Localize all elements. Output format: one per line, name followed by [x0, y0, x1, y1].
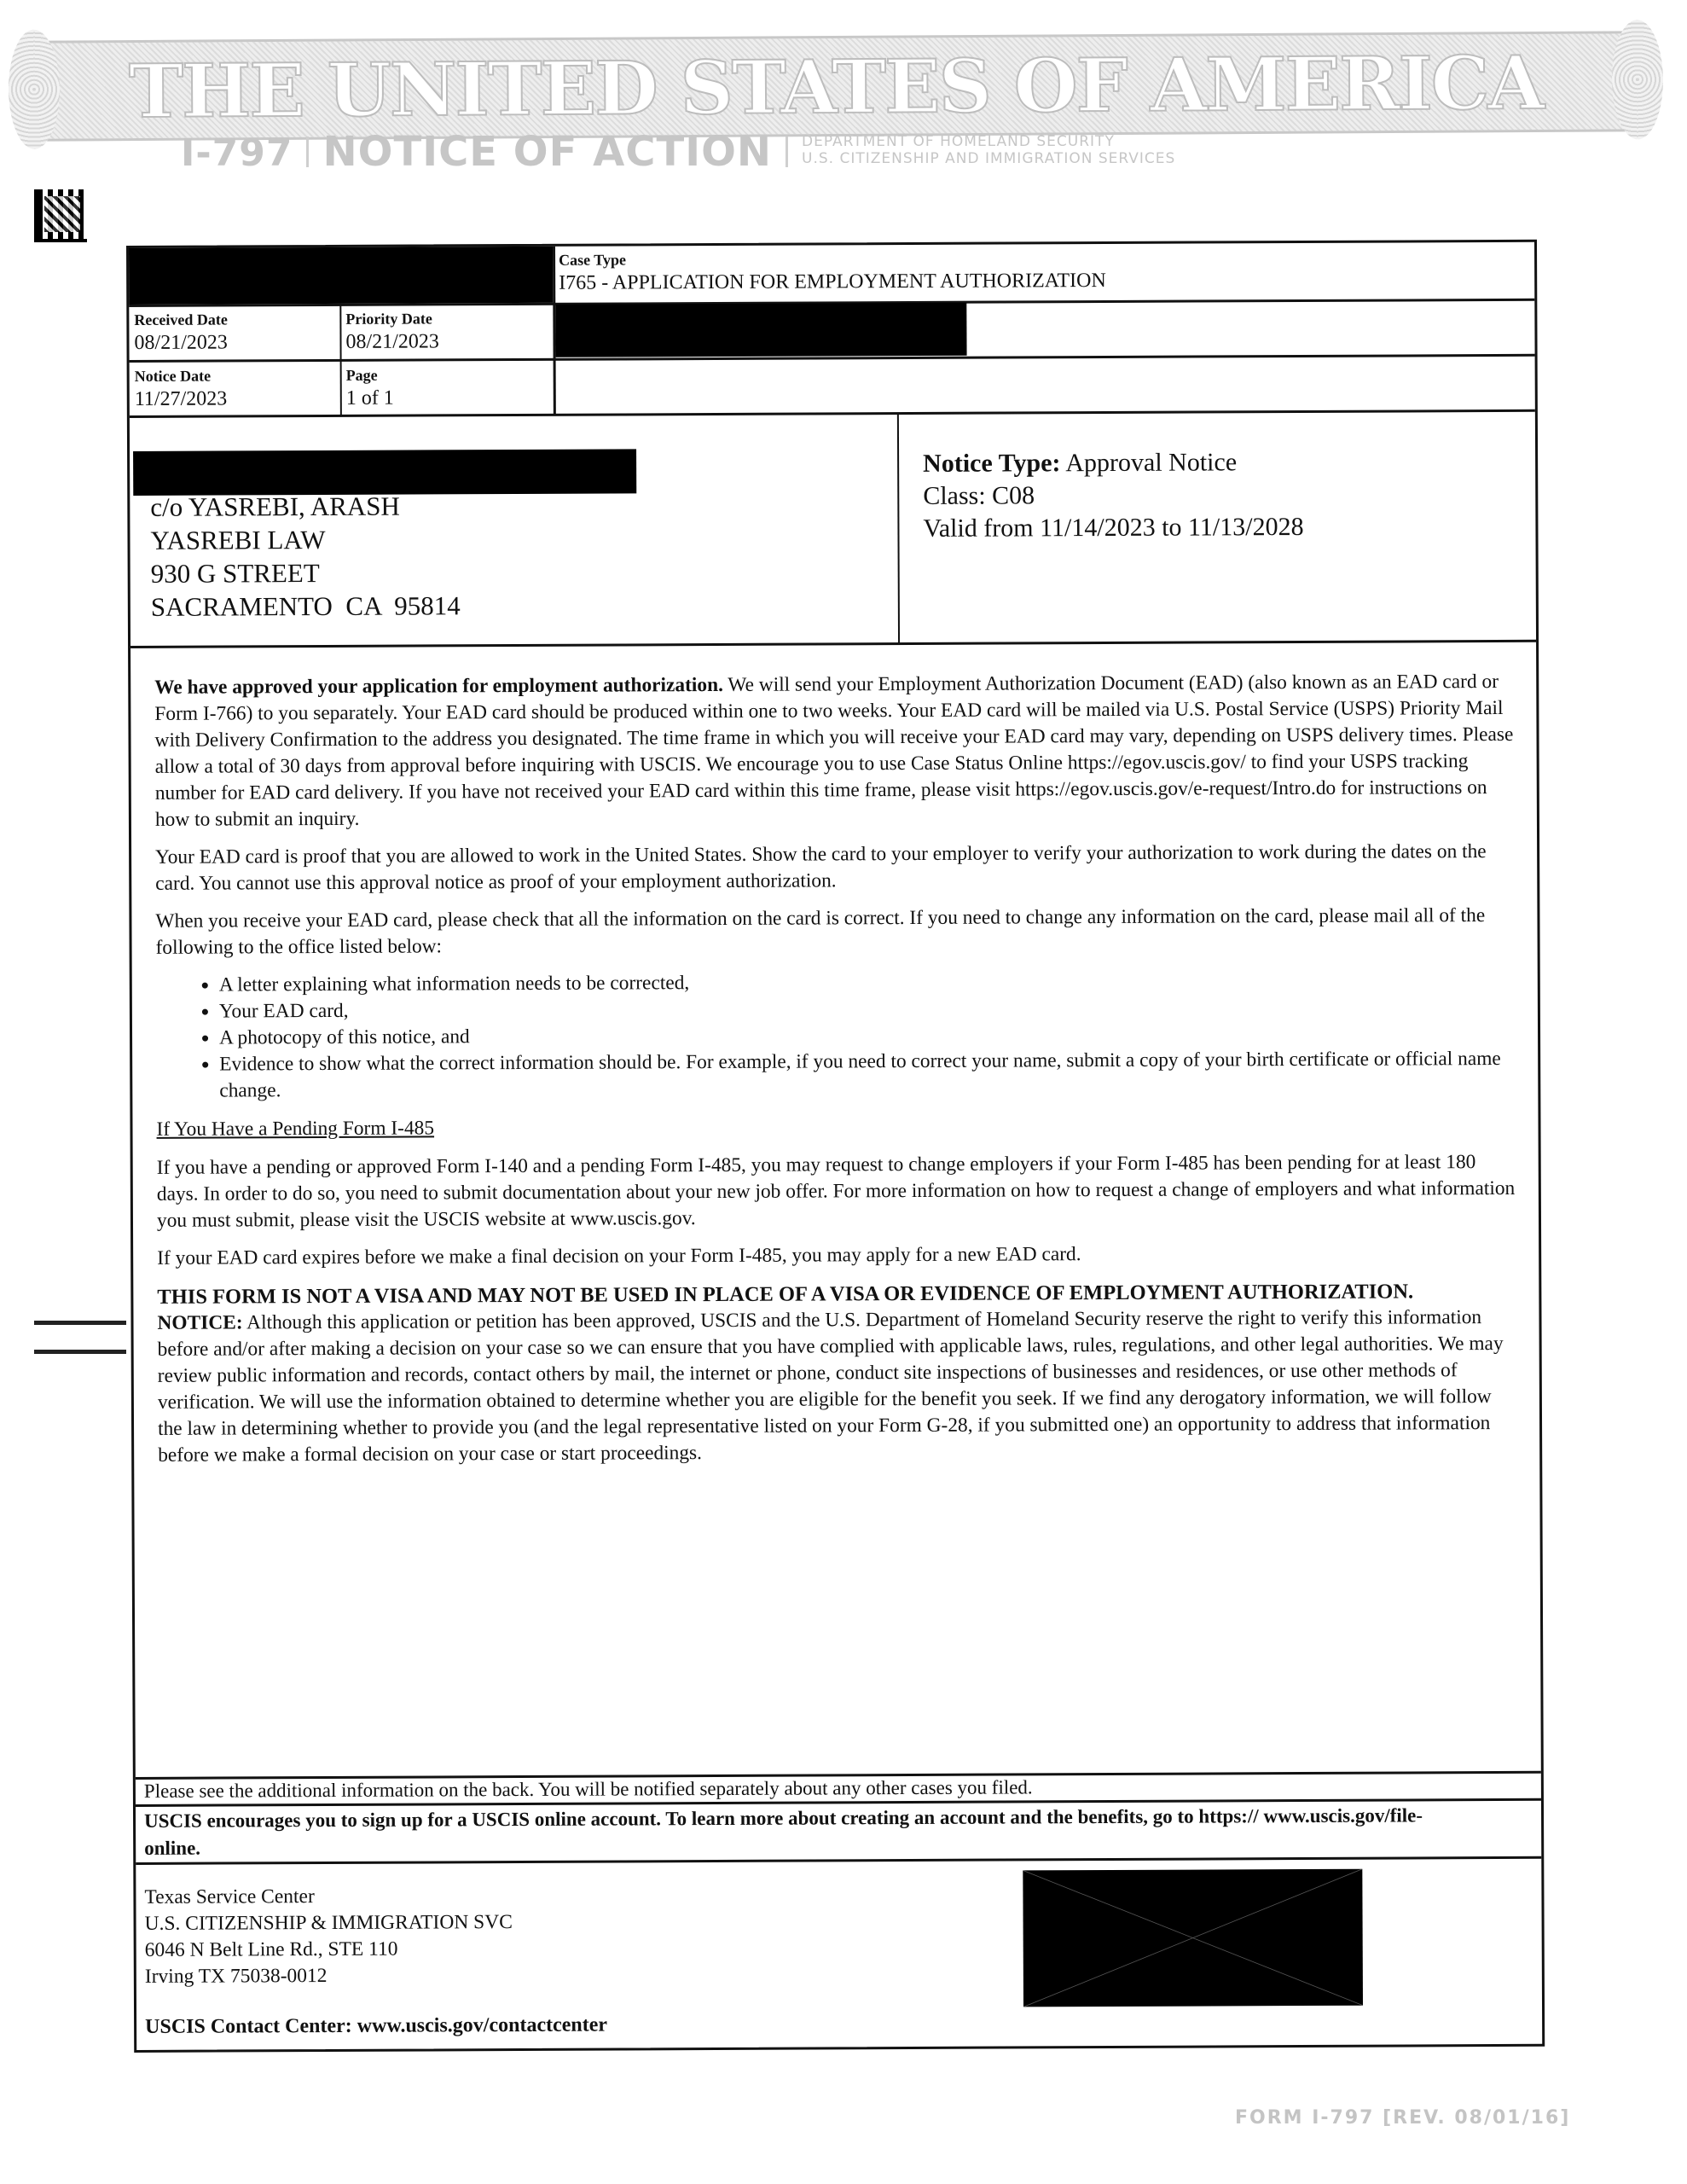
list-item: Evidence to show what the correct inform…	[219, 1046, 1519, 1105]
received-date-value: 08/21/2023	[134, 331, 227, 353]
additional-info: Please see the additional information on…	[144, 1776, 1033, 1803]
notice-form: Case Type I765 - APPLICATION FOR EMPLOYM…	[126, 240, 1545, 2053]
redacted-signature-icon	[1023, 1869, 1363, 2007]
office-line: 6046 N Belt Line Rd., STE 110	[145, 1936, 513, 1964]
datamatrix-barcode-icon	[34, 189, 87, 242]
service-center-address: Texas Service Center U.S. CITIZENSHIP & …	[144, 1883, 513, 1990]
address-line: SACRAMENTO CA 95814	[151, 589, 461, 624]
address-line: c/o YASREBI, ARASH	[150, 489, 460, 524]
notice-date-value: 11/27/2023	[135, 387, 228, 409]
case-type-label: Case Type	[559, 251, 626, 268]
contact-center: USCIS Contact Center: www.uscis.gov/cont…	[145, 2014, 607, 2039]
priority-date-value: 08/21/2023	[345, 330, 438, 352]
redacted-beneficiary	[555, 303, 966, 357]
page-value: 1 of 1	[346, 387, 394, 409]
paragraph-expiry: If your EAD card expires before we make …	[157, 1240, 1520, 1272]
form-title: I-797NOTICE OF ACTIONDEPARTMENT OF HOMEL…	[181, 128, 1175, 176]
form-name: NOTICE OF ACTION	[322, 128, 772, 176]
divider	[130, 640, 1536, 648]
department: DEPARTMENT OF HOMELAND SECURITYU.S. CITI…	[802, 133, 1175, 167]
divider	[897, 414, 900, 644]
header-banner: THE UNITED STATES OF AMERICA	[34, 31, 1638, 141]
online-account-notice: USCIS encourages you to sign up for a US…	[144, 1802, 1475, 1862]
divider	[306, 136, 309, 167]
divider	[786, 136, 788, 167]
case-type-value: I765 - APPLICATION FOR EMPLOYMENT AUTHOR…	[559, 270, 1106, 294]
address-line: 930 G STREET	[151, 555, 461, 590]
notice-summary: Notice Type: Approval Notice Class: C08 …	[923, 446, 1304, 545]
correction-list: A letter explaining what information nee…	[156, 967, 1520, 1105]
paragraph-i485: If you have a pending or approved Form I…	[157, 1149, 1520, 1234]
office-line: Texas Service Center	[144, 1883, 512, 1911]
notice-body: We have approved your application for em…	[154, 669, 1521, 1480]
form-number: I-797	[181, 131, 293, 175]
received-date-label: Received Date	[134, 311, 228, 328]
paragraph-correction: When you receive your EAD card, please c…	[155, 903, 1518, 961]
page-label: Page	[346, 367, 378, 384]
address-line: YASREBI LAW	[150, 522, 460, 557]
notice-text: Although this application or petition ha…	[158, 1306, 1504, 1467]
notice-type: Notice Type: Approval Notice	[923, 446, 1303, 480]
notice-class: Class: C08	[923, 479, 1303, 513]
paragraph-ead-proof: Your EAD card is proof that you are allo…	[155, 839, 1518, 897]
office-line: Irving TX 75038-0012	[145, 1962, 513, 1990]
notice-label: NOTICE:	[157, 1311, 242, 1333]
notice-validity: Valid from 11/14/2023 to 11/13/2028	[923, 511, 1303, 545]
divider	[339, 304, 342, 416]
paragraph-approval: We have approved your application for em…	[154, 669, 1518, 834]
department-line-1: DEPARTMENT OF HOMELAND SECURITY	[802, 133, 1115, 150]
notice-type-value: Approval Notice	[1065, 448, 1237, 477]
approval-statement: We have approved your application for em…	[154, 674, 723, 699]
banner-title: THE UNITED STATES OF AMERICA	[128, 43, 1545, 133]
form-revision: FORM I-797 [REV. 08/01/16]	[1235, 2107, 1570, 2129]
notice-date-label: Notice Date	[135, 368, 212, 385]
paragraph-notice: NOTICE: Although this application or pet…	[157, 1304, 1521, 1469]
subheading-i485: If You Have a Pending Form I-485	[156, 1111, 1519, 1143]
margin-mark	[34, 1321, 126, 1325]
notice-type-label: Notice Type:	[923, 449, 1061, 478]
priority-date-label: Priority Date	[345, 310, 432, 327]
mailing-address: c/o YASREBI, ARASH YASREBI LAW 930 G STR…	[150, 489, 461, 624]
department-line-2: U.S. CITIZENSHIP AND IMMIGRATION SERVICE…	[802, 150, 1175, 167]
redacted-receipt-number	[129, 247, 553, 305]
margin-mark	[34, 1350, 126, 1354]
office-line: U.S. CITIZENSHIP & IMMIGRATION SVC	[145, 1909, 513, 1937]
